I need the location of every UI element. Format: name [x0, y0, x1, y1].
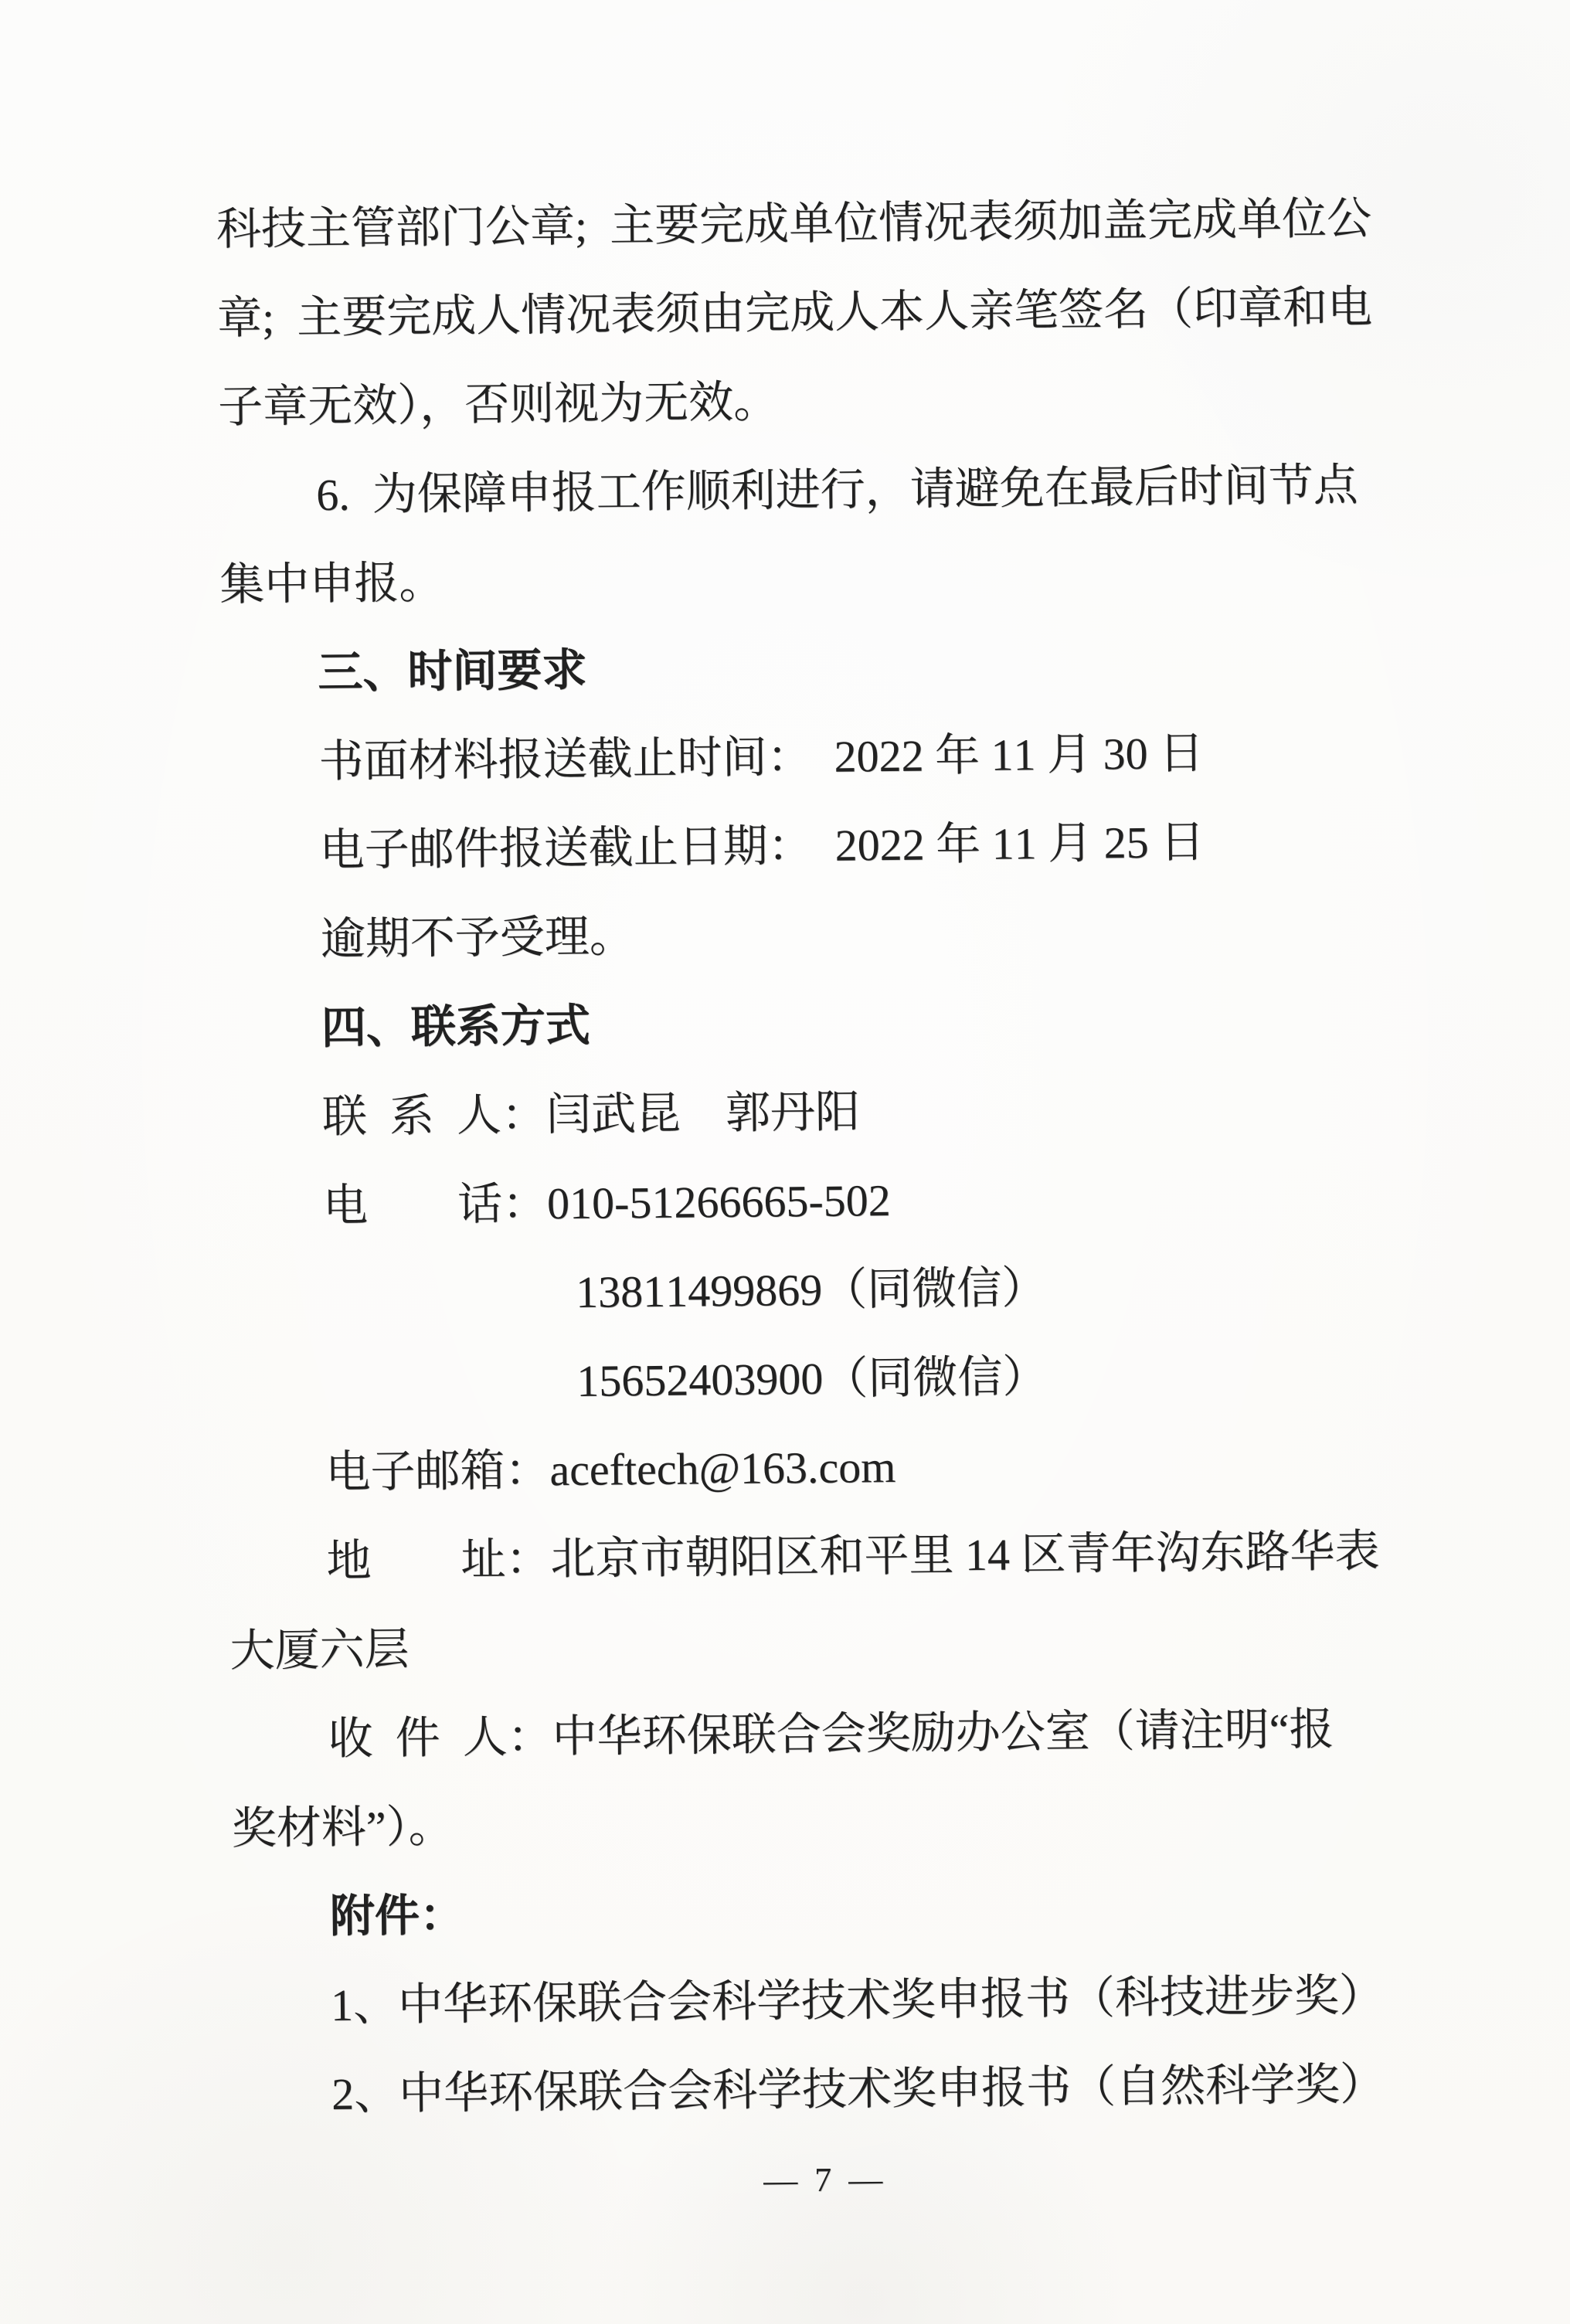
para-seal-requirement-line-1: 科技主管部门公章; 主要完成单位情况表须加盖完成单位公 [216, 174, 1392, 274]
document-text-block: 科技主管部门公章; 主要完成单位情况表须加盖完成单位公 章; 主要完成人情况表须… [216, 174, 1411, 2218]
recipient-line-2: 奖材料”）。 [231, 1773, 1408, 1874]
contact-address-line-1: 地 址：北京市朝阳区和平里 14 区青年沟东路华表 [229, 1507, 1405, 1607]
para-seal-requirement-line-2: 章; 主要完成人情况表须由完成人本人亲笔签名（印章和电 [217, 263, 1394, 363]
attachment-item-1: 1、中华环保联合会科学技术奖申报书（科技进步奖） [233, 1951, 1409, 2051]
deadline-email: 电子邮件报送截止日期： 2022 年 11 月 25 日 [222, 796, 1398, 896]
contact-mobile-1: 13811499869（同微信） [226, 1240, 1403, 1340]
contact-mobile-2: 15652403900（同微信） [227, 1329, 1404, 1429]
deadline-paper-materials: 书面材料报送截止时间： 2022 年 11 月 30 日 [221, 707, 1398, 807]
deadline-overdue-note: 逾期不予受理。 [223, 885, 1399, 985]
para-item6-line-2: 集中申报。 [219, 529, 1396, 630]
footer-page-number: — 7 — [235, 2142, 1412, 2219]
contact-address-line-2: 大厦六层 [229, 1595, 1406, 1696]
contact-email: 电子邮箱：aceftech@163.com [228, 1418, 1405, 1518]
contact-persons: 联 系 人：闫武昆 郭丹阳 [224, 1062, 1401, 1163]
contact-phone: 电 话：010-51266665-502 [226, 1151, 1402, 1252]
para-item6-line-1: 6. 为保障申报工作顺利进行，请避免在最后时间节点 [219, 440, 1395, 541]
section-heading-time-requirements: 三、时间要求 [220, 618, 1397, 719]
section-heading-contact-info: 四、联系方式 [223, 973, 1400, 1074]
recipient-line-1: 收 件 人：中华环保联合会奖励办公室（请注明“报 [230, 1684, 1407, 1785]
para-seal-requirement-line-3: 子章无效），否则视为无效。 [218, 352, 1395, 452]
attachment-item-2: 2、中华环保联合会科学技术奖申报书（自然科学奖） [234, 2040, 1411, 2140]
attachments-heading: 附件： [232, 1862, 1409, 1962]
scanned-page: 科技主管部门公章; 主要完成单位情况表须加盖完成单位公 章; 主要完成人情况表须… [0, 0, 1570, 2324]
